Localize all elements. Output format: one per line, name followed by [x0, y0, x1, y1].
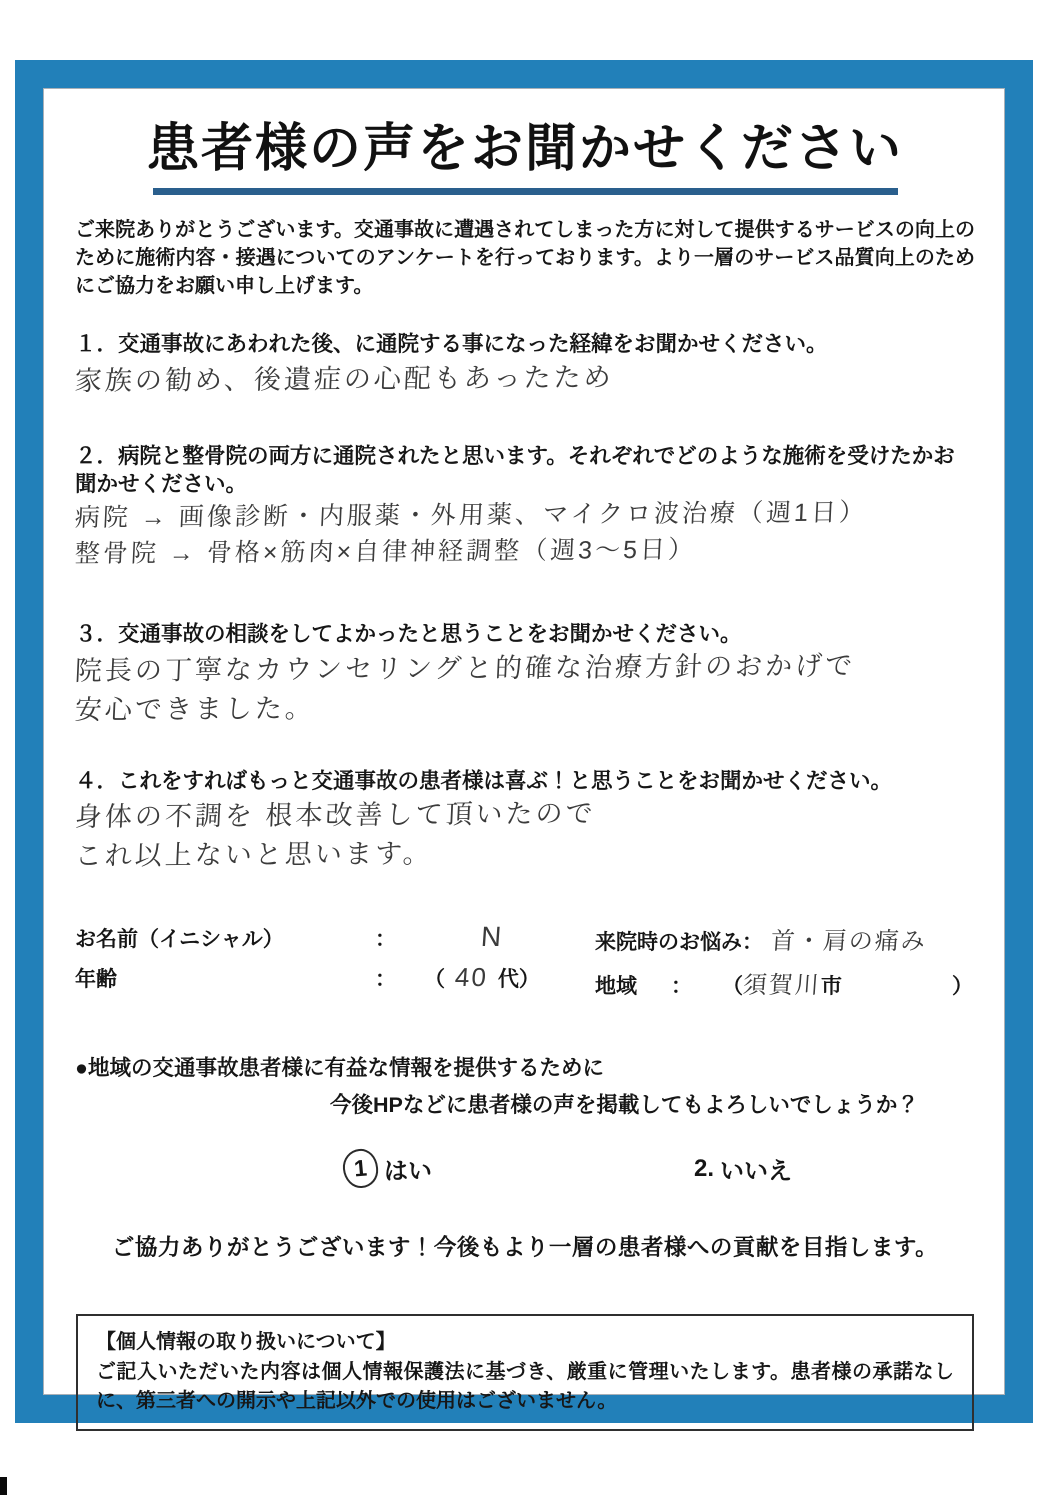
respondent-info-left-column: お名前（イニシャル）：N 年齢：（40代）	[75, 921, 595, 1009]
question-3-number: ３．	[75, 622, 118, 646]
consent-lead-line-1: ●地域の交通事故患者様に有益な情報を提供するために	[75, 1051, 975, 1082]
blue-border-frame: 患者様の声をお聞かせください ご来院ありがとうございます。交通事故に遭遇されてし…	[15, 60, 1033, 1423]
question-2-number: ２．	[75, 444, 118, 468]
region-paren-close: ）	[952, 970, 973, 1000]
question-2-heading: ２．病院と整骨院の両方に通院されたと思います。それぞれでどのような施術を受けたか…	[75, 442, 975, 499]
privacy-notice-box: 【個人情報の取り扱いについて】 ご記入いただいた内容は個人情報保護法に基づき、厳…	[76, 1314, 974, 1431]
question-3: ３．交通事故の相談をしてよかったと思うことをお聞かせください。 院長の丁寧なカウ…	[75, 620, 975, 726]
question-1-text: 交通事故にあわれた後、に通院する事になった経緯をお聞かせください。	[118, 332, 828, 356]
consent-options-row: 1はい 2.いいえ	[75, 1149, 975, 1188]
question-3-handwritten-answer-line-2: 安心できました。	[74, 681, 976, 726]
age-suffix: 代）	[498, 963, 540, 993]
age-paren-open: （	[424, 963, 445, 993]
name-field-row: お名前（イニシャル）：N	[75, 921, 595, 953]
name-field-handwritten-value: N	[480, 921, 504, 953]
intro-paragraph: ご来院ありがとうございます。交通事故に遭遇されてしまった方に対して提供するサービ…	[75, 217, 975, 300]
question-1: １．交通事故にあわれた後、に通院する事になった経緯をお聞かせください。 家族の勧…	[75, 330, 975, 397]
privacy-notice-body: ご記入いただいた内容は個人情報保護法に基づき、厳重に管理いたします。患者様の承諾…	[96, 1358, 954, 1415]
region-handwritten-value: 須賀川	[742, 965, 822, 1000]
consent-lead-line-2: 今後HPなどに患者様の声を掲載してもよろしいでしょうか？	[330, 1088, 975, 1119]
name-field-label: お名前（イニシャル）	[75, 923, 375, 953]
question-3-text: 交通事故の相談をしてよかったと思うことをお聞かせください。	[118, 622, 742, 646]
region-field-label: 地域	[595, 970, 637, 1000]
question-1-handwritten-answer: 家族の勧め、後遺症の心配もあったため	[74, 352, 976, 397]
age-handwritten-value: 40	[454, 962, 489, 993]
complaint-field-label: 来院時のお悩み	[595, 926, 742, 956]
age-field-label: 年齢	[75, 963, 375, 993]
complaint-handwritten-value: 首・肩の痛み	[770, 921, 928, 956]
respondent-info-section: お名前（イニシャル）：N 年齢：（40代） 来院時のお悩み：首・肩の痛み 地域：…	[75, 921, 975, 1009]
question-1-number: １．	[75, 332, 118, 356]
name-field-colon: ：	[375, 923, 396, 953]
title-underline	[153, 188, 898, 195]
age-field-row: 年齢：（40代）	[75, 962, 595, 993]
question-2-handwritten-answer-line-2: 整骨院 → 骨格×筋肉×自律神経調整（週3〜5日）	[74, 528, 976, 570]
consent-option-no-number: 2.	[694, 1155, 714, 1183]
region-field-colon: ：	[671, 970, 692, 1000]
question-4-number: ４．	[75, 769, 118, 793]
question-4: ４．これをすればもっと交通事故の患者様は喜ぶ！と思うことをお聞かせください。 身…	[75, 767, 975, 873]
selected-answer-circle-mark: 1	[341, 1148, 379, 1190]
complaint-field-colon: ：	[742, 926, 763, 956]
consent-option-no: 2.いいえ	[694, 1151, 792, 1186]
form-content: 患者様の声をお聞かせください ご来院ありがとうございます。交通事故に遭遇されてし…	[43, 88, 1005, 1395]
region-paren-open: （	[722, 970, 743, 1000]
region-field-row: 地域：（須賀川市）	[595, 965, 975, 1000]
hp-consent-section: ●地域の交通事故患者様に有益な情報を提供するために 今後HPなどに患者様の声を掲…	[75, 1051, 975, 1188]
consent-option-yes: 1はい	[343, 1149, 432, 1188]
scan-artifact-mark	[0, 1477, 7, 1495]
question-2-text: 病院と整骨院の両方に通院されたと思います。それぞれでどのような施術を受けたかお聞…	[75, 444, 955, 496]
question-4-handwritten-answer-line-1: 身体の不調を 根本改善して頂いたので	[74, 789, 976, 834]
page-title: 患者様の声をお聞かせください	[75, 118, 975, 181]
respondent-info-right-column: 来院時のお悩み：首・肩の痛み 地域：（須賀川市）	[595, 921, 975, 1009]
question-3-handwritten-answer-line-1: 院長の丁寧なカウンセリングと的確な治療方針のおかげで	[74, 642, 976, 687]
region-city-suffix: 市	[821, 970, 842, 1000]
privacy-notice-title: 【個人情報の取り扱いについて】	[96, 1328, 954, 1356]
question-4-handwritten-answer-line-2: これ以上ないと思います。	[74, 828, 976, 873]
question-2: ２．病院と整骨院の両方に通院されたと思います。それぞれでどのような施術を受けたか…	[75, 442, 975, 571]
consent-option-yes-label: はい	[384, 1151, 432, 1186]
closing-thanks-line: ご協力ありがとうございます！今後もより一層の患者様への貢献を目指します。	[75, 1230, 975, 1262]
scanned-questionnaire-page: 患者様の声をお聞かせください ご来院ありがとうございます。交通事故に遭遇されてし…	[0, 0, 1048, 1495]
consent-option-no-label: いいえ	[720, 1151, 792, 1186]
age-field-colon: ：	[375, 963, 396, 993]
complaint-field-row: 来院時のお悩み：首・肩の痛み	[595, 921, 975, 956]
